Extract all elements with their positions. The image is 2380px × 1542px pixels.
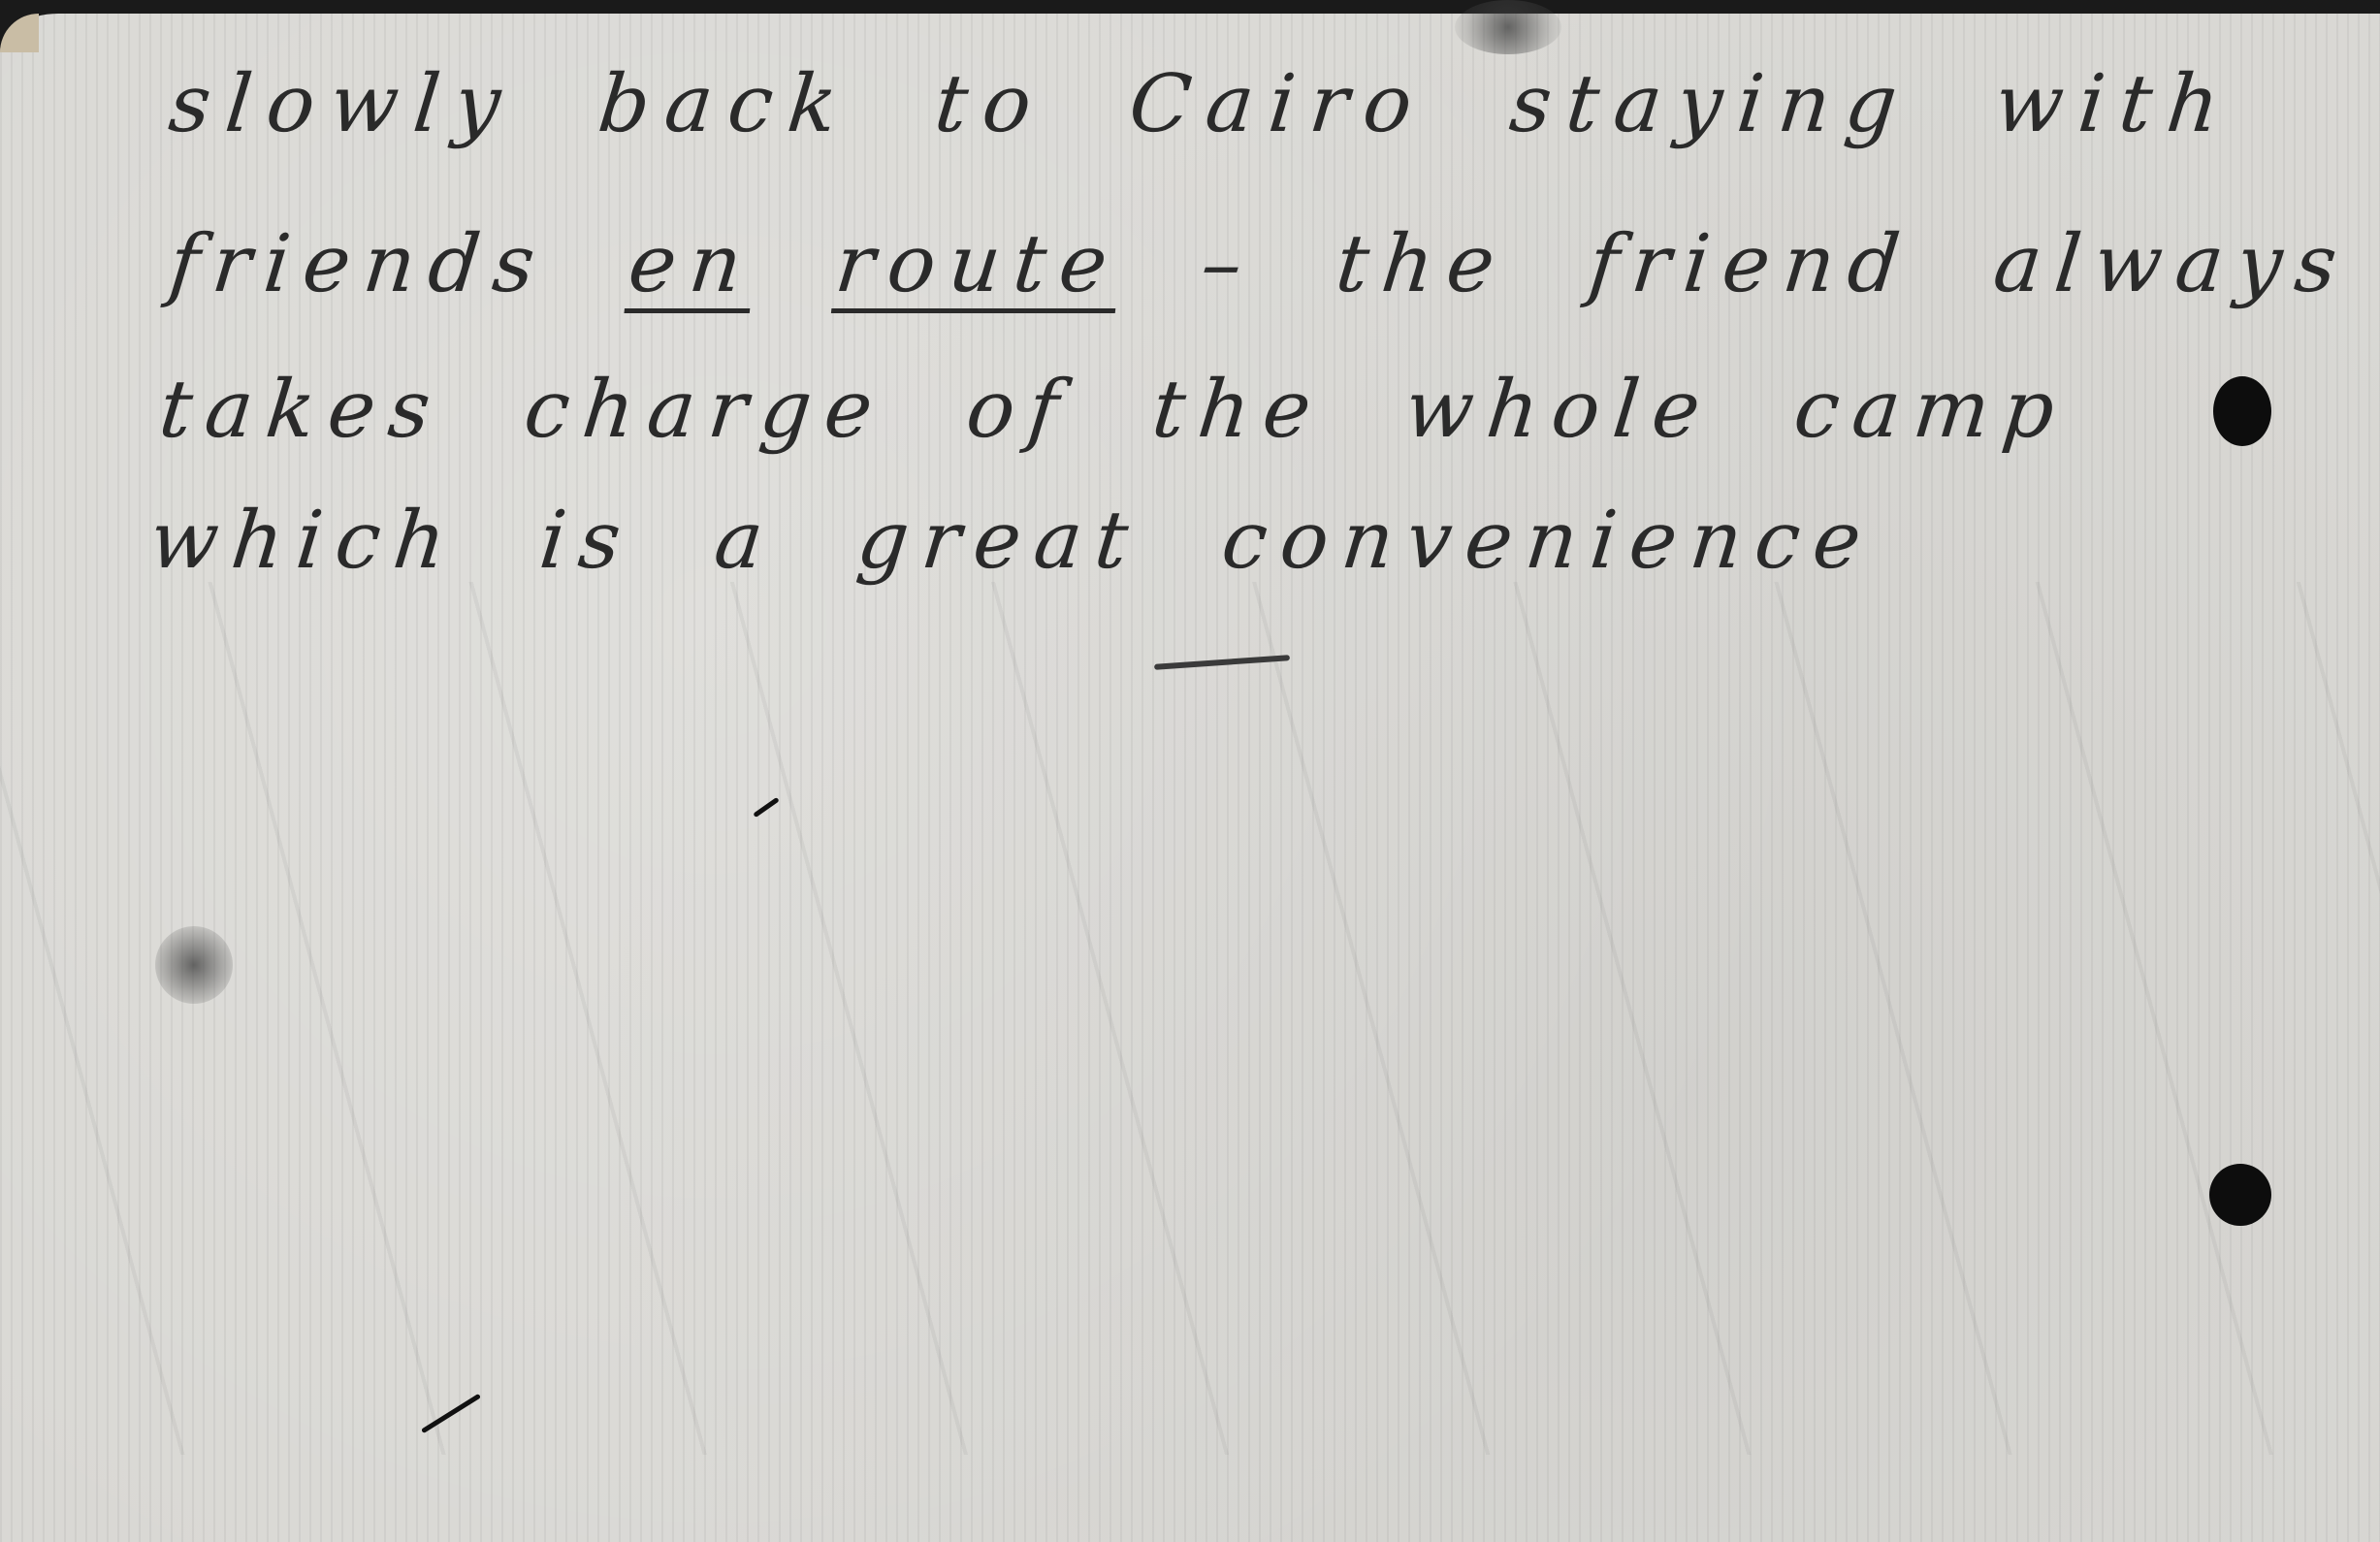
word: the [1332, 218, 1512, 310]
word: Cairo [1125, 58, 1431, 150]
word: the [1148, 364, 1329, 456]
word: camp [1790, 364, 2073, 456]
handwritten-line-3: takes charge of the whole camp [155, 364, 2115, 456]
word: to [931, 58, 1051, 150]
handwritten-line-2: friends en route – the friend always [165, 218, 2380, 310]
handwritten-line-4: which is a great convenience [145, 495, 1921, 587]
word: which [145, 495, 464, 587]
word: with [1990, 58, 2238, 150]
handwritten-line-1: slowly back to Cairo staying with [165, 58, 2282, 150]
word: a [710, 495, 781, 587]
word: convenience [1218, 495, 1880, 587]
ink-stain [1455, 0, 1561, 54]
word: staying [1505, 58, 1916, 150]
punch-hole [2209, 1164, 2271, 1226]
torn-corner [0, 14, 39, 52]
dash: – [1197, 218, 1260, 310]
word: is [535, 495, 638, 587]
word: great [852, 495, 1145, 587]
word: back [595, 58, 857, 150]
underlined-word: en [625, 218, 759, 310]
word: always [1989, 218, 2355, 310]
word: friend [1585, 218, 1918, 310]
bleed-through-writing [0, 582, 2380, 1455]
punch-hole [2213, 376, 2271, 446]
word: whole [1400, 364, 1718, 456]
word: friends [165, 218, 553, 310]
word: charge [520, 364, 890, 456]
ink-stain [155, 926, 233, 1004]
underlined-word: route [831, 218, 1125, 310]
word: takes [155, 364, 448, 456]
word: of [962, 364, 1077, 456]
word: slowly [165, 58, 520, 150]
